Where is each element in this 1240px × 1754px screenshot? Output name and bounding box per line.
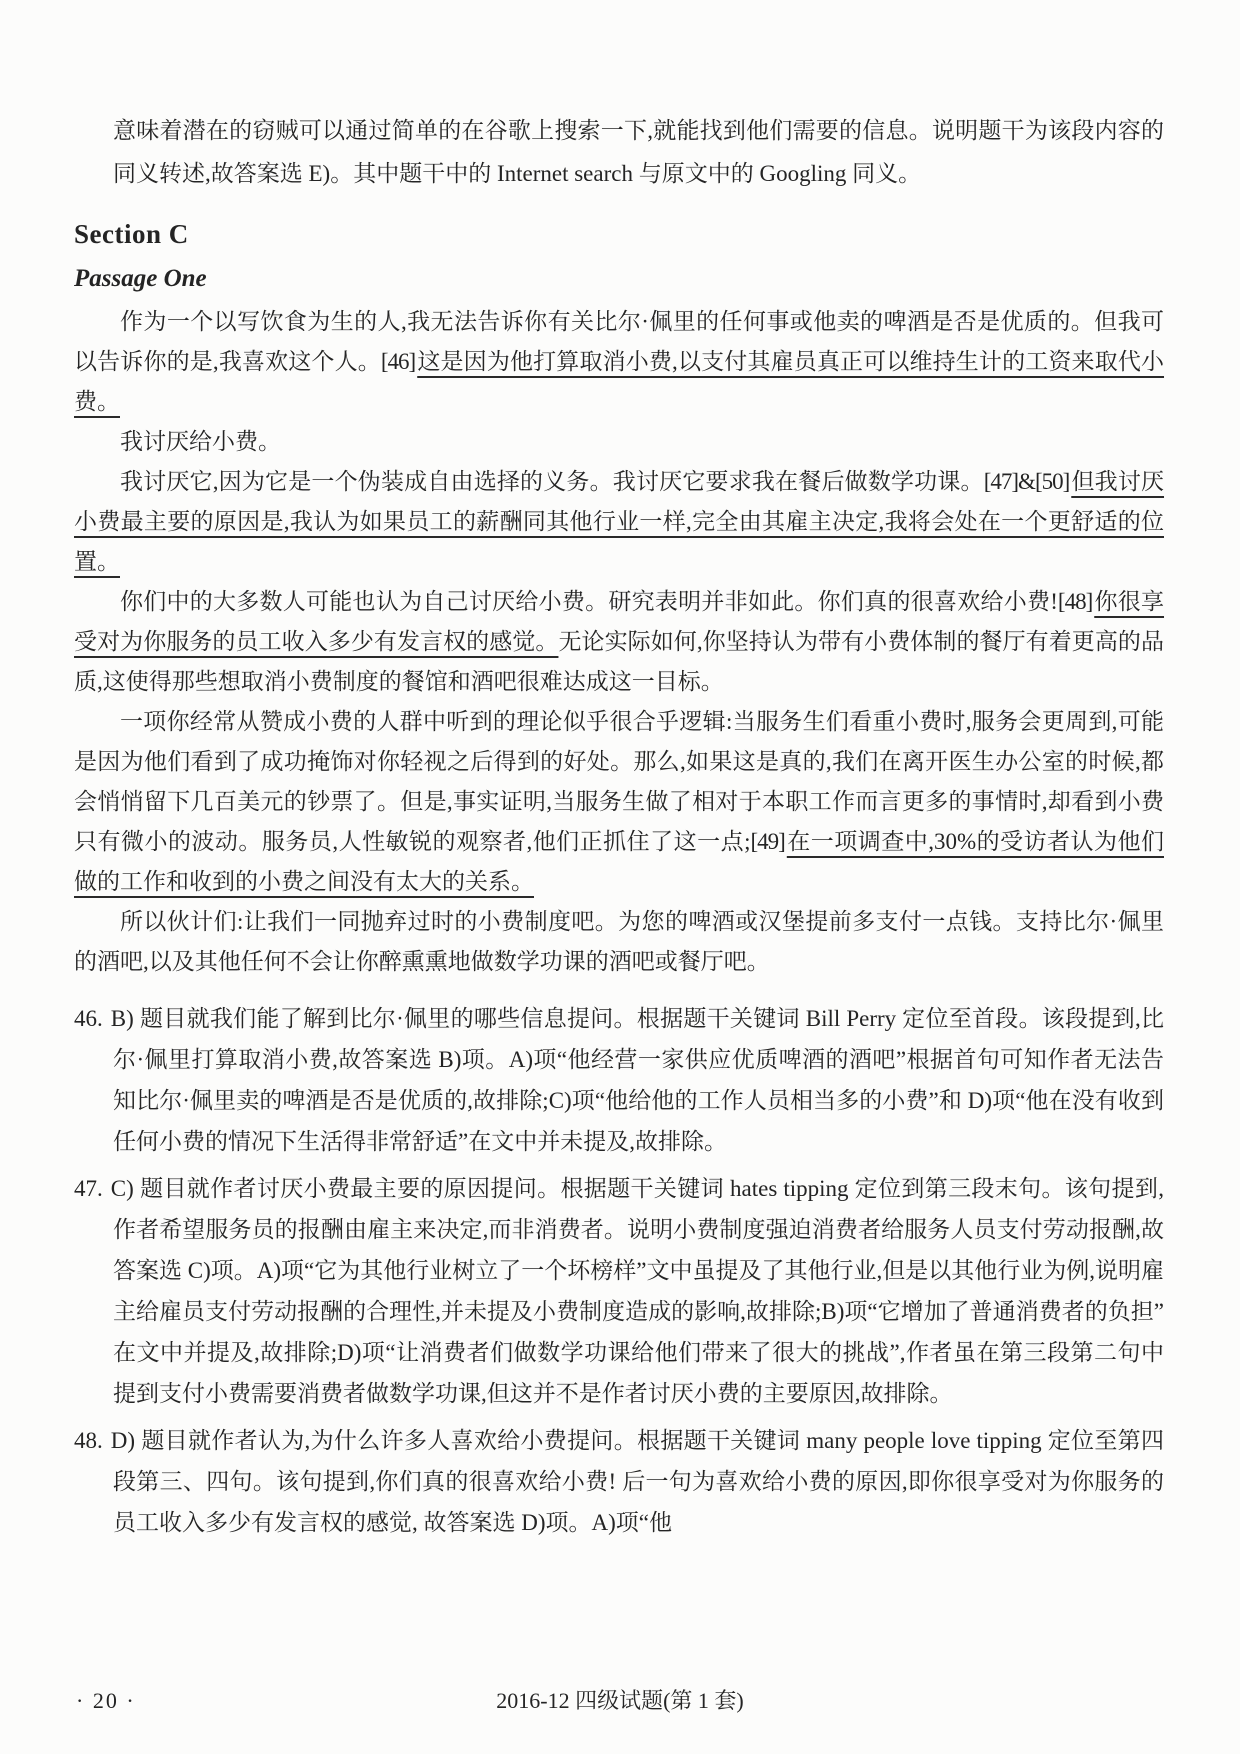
passage-paragraph: 你们中的大多数人可能也认为自己讨厌给小费。研究表明并非如此。你们真的很喜欢给小费… — [74, 582, 1164, 702]
answer-item-46: 46.B)题目就我们能了解到比尔·佩里的哪些信息提问。根据题干关键词 Bill … — [74, 998, 1164, 1162]
answer-item-48: 48.D)题目就作者认为,为什么许多人喜欢给小费提问。根据题干关键词 many … — [74, 1420, 1164, 1543]
answer-explanations: 46.B)题目就我们能了解到比尔·佩里的哪些信息提问。根据题干关键词 Bill … — [74, 998, 1164, 1543]
footer-title: 2016-12 四级试题(第 1 套) — [0, 1686, 1240, 1716]
passage-paragraph: 作为一个以写饮食为生的人,我无法告诉你有关比尔·佩里的任何事或他卖的啤酒是否是优… — [74, 302, 1164, 422]
question-ref-49: [49] — [750, 829, 786, 854]
text-segment: 所以伙计们:让我们一同抛弃过时的小费制度吧。为您的啤酒或汉堡提前多支付一点钱。支… — [74, 909, 1164, 974]
passage-paragraph: 一项你经常从赞成小费的人群中听到的理论似乎很合乎逻辑:当服务生们看重小费时,服务… — [74, 702, 1164, 902]
passage-paragraph: 我讨厌给小费。 — [74, 422, 1164, 462]
question-ref-48: [48] — [1058, 589, 1094, 614]
text-segment: 你们中的大多数人可能也认为自己讨厌给小费。研究表明并非如此。你们真的很喜欢给小费… — [120, 589, 1058, 614]
text-segment: 我讨厌给小费。 — [120, 429, 281, 454]
page-footer: · 20 · 2016-12 四级试题(第 1 套) — [0, 1686, 1240, 1716]
text-segment: 我讨厌它,因为它是一个伪装成自由选择的义务。我讨厌它要求我在餐后做数学功课。 — [120, 469, 984, 494]
answer-number: 48. — [74, 1428, 111, 1453]
answer-explanation-text: 题目就我们能了解到比尔·佩里的哪些信息提问。根据题干关键词 Bill Perry… — [113, 1006, 1164, 1154]
exam-answer-page: 意味着潜在的窃贼可以通过简单的在谷歌上搜索一下,就能找到他们需要的信息。说明题干… — [0, 0, 1240, 1754]
question-ref-46: [46] — [381, 349, 417, 374]
answer-explanation-text: 题目就作者认为,为什么许多人喜欢给小费提问。根据题干关键词 many peopl… — [113, 1428, 1164, 1535]
passage-paragraph: 所以伙计们:让我们一同抛弃过时的小费制度吧。为您的啤酒或汉堡提前多支付一点钱。支… — [74, 902, 1164, 982]
passage-translation: 作为一个以写饮食为生的人,我无法告诉你有关比尔·佩里的任何事或他卖的啤酒是否是优… — [74, 302, 1164, 982]
answer-explanation-text: 题目就作者讨厌小费最主要的原因提问。根据题干关键词 hates tipping … — [113, 1176, 1164, 1406]
passage-heading: Passage One — [74, 264, 1164, 294]
answer-item-47: 47.C)题目就作者讨厌小费最主要的原因提问。根据题干关键词 hates tip… — [74, 1168, 1164, 1414]
answer-number: 46. — [74, 1006, 111, 1031]
answer-option-letter: D) — [111, 1428, 141, 1453]
answer-option-letter: C) — [111, 1176, 140, 1201]
previous-answer-continuation: 意味着潜在的窃贼可以通过简单的在谷歌上搜索一下,就能找到他们需要的信息。说明题干… — [113, 109, 1164, 195]
question-ref-47-50: [47]&[50] — [984, 469, 1072, 494]
section-heading: Section C — [74, 218, 1164, 250]
answer-option-letter: B) — [111, 1006, 140, 1031]
passage-paragraph: 我讨厌它,因为它是一个伪装成自由选择的义务。我讨厌它要求我在餐后做数学功课。[4… — [74, 462, 1164, 582]
answer-number: 47. — [74, 1176, 111, 1201]
